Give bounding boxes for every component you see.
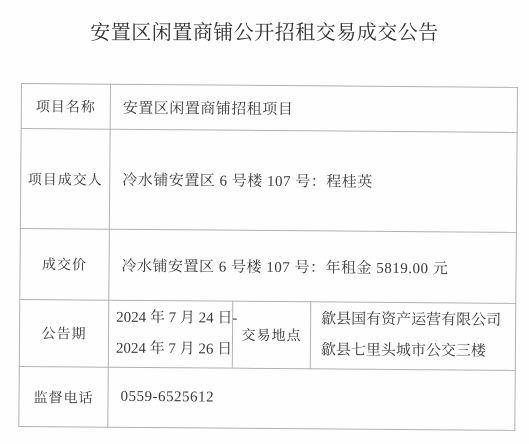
announcement-period-line2: 2024 年 7 月 26 日: [116, 334, 231, 366]
winner-value: 冷水铺安置区 6 号楼 107 号：程桂英: [109, 129, 517, 232]
announcement-table: 项目名称 安置区闲置商铺招租项目 项目成交人 冷水铺安置区 6 号楼 107 号…: [18, 83, 518, 431]
table-row-period-location: 公告期 2024 年 7 月 24 日- 2024 年 7 月 26 日 交易地…: [19, 299, 516, 370]
table-row-price: 成交价 冷水铺安置区 6 号楼 107 号：年租金 5819.00 元: [20, 228, 517, 303]
price-label: 成交价: [20, 228, 110, 300]
table-row-winner: 项目成交人 冷水铺安置区 6 号楼 107 号：程桂英: [20, 129, 517, 233]
table-row-project-name: 项目名称 安置区闲置商铺招租项目: [21, 84, 517, 133]
trade-location-line1: 歙县国有资产运营有限公司: [321, 304, 514, 337]
project-name-label: 项目名称: [21, 84, 110, 130]
trade-location-label: 交易地点: [232, 301, 311, 369]
supervision-phone-value: 0559-6525612: [108, 367, 515, 430]
price-value: 冷水铺安置区 6 号楼 107 号：年租金 5819.00 元: [109, 229, 517, 303]
announcement-period-line1: 2024 年 7 月 24 日-: [116, 303, 231, 335]
trade-location-line2: 歙县七里头城市公交三楼: [321, 335, 514, 368]
trade-location-value: 歙县国有资产运营有限公司 歙县七里头城市公交三楼: [310, 302, 516, 371]
project-name-value: 安置区闲置商铺招租项目: [110, 84, 517, 132]
announcement-period-value: 2024 年 7 月 24 日- 2024 年 7 月 26 日: [108, 300, 233, 368]
winner-label: 项目成交人: [20, 129, 110, 230]
supervision-phone-label: 监督电话: [19, 366, 108, 427]
announcement-page: 安置区闲置商铺公开招租交易成交公告 项目名称 安置区闲置商铺招租项目 项目成交人…: [0, 0, 529, 444]
page-title: 安置区闲置商铺公开招租交易成交公告: [0, 16, 529, 45]
announcement-period-label: 公告期: [19, 299, 109, 367]
table-row-phone: 监督电话 0559-6525612: [19, 366, 515, 430]
